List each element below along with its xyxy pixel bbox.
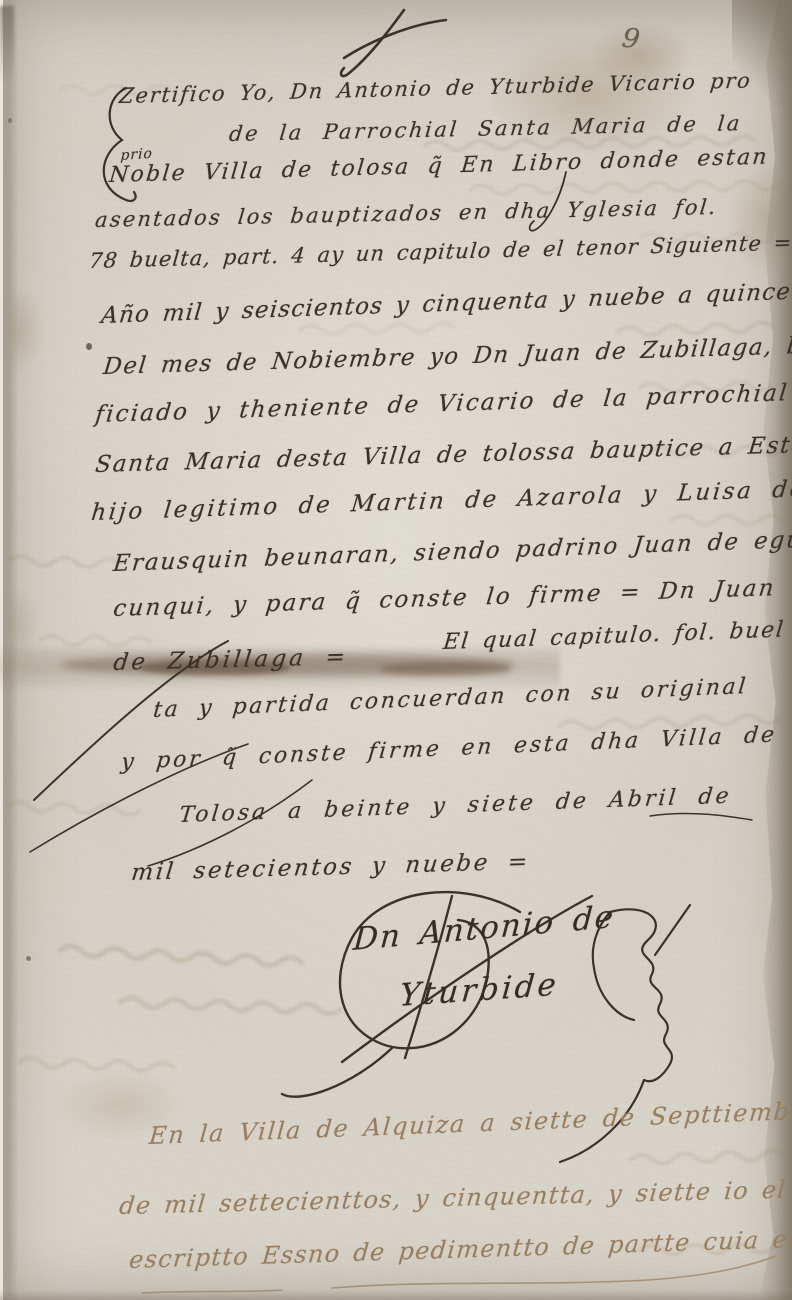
later-note-line: de mil settecienttos, y cinquentta, y si…	[118, 1174, 792, 1220]
later-note-line: escriptto Essno de pedimentto de partte …	[128, 1222, 792, 1274]
paper-top-left-nick	[0, 6, 14, 96]
ink-speck	[26, 956, 31, 961]
paper-top-right-corner	[732, 0, 792, 120]
baptism-entry-line: cunqui, y para q̃ conste lo firme = Dn J…	[112, 575, 777, 622]
baptism-entry-line: Año mil y seiscientos y cinquenta y nueb…	[100, 277, 792, 329]
paper-bottom-edge	[0, 1290, 792, 1300]
certification-line: Noble Villa de tolosa q̃ En Libro donde …	[108, 145, 770, 188]
closing-line: Tolosa a beinte y siete de Abril de	[178, 784, 733, 828]
ink-smear	[380, 662, 510, 676]
signature-name: Yturbide	[398, 967, 560, 1014]
later-note-line: En la Villa de Alquiza a siette de Septt…	[148, 1096, 792, 1150]
baptism-entry-line: Erausquin beunaran, siendo padrino Juan …	[112, 526, 792, 577]
cross-icon	[341, 10, 446, 76]
certification-line: 78 buelta, part. 4 ay un capitulo de el …	[88, 231, 792, 273]
baptism-entry-line: Santa Maria desta Villa de tolossa baupt…	[94, 431, 792, 478]
certification-line: Zertifico Yo, Dn Antonio de Yturbide Vic…	[118, 68, 753, 108]
trailing-dash	[650, 813, 752, 820]
baptism-entry-line: hijo legitimo de Martin de Azarola y Lui…	[90, 476, 792, 526]
baptism-entry-line: ficiado y theniente de Vicario de la par…	[94, 379, 792, 428]
ink-speck	[86, 343, 92, 350]
ink-speck	[8, 118, 12, 123]
certification-line: asentados los bauptizados en dha Yglesia…	[94, 195, 719, 232]
signature-name: Dn Antonio de	[352, 899, 616, 958]
closing-line: mil setecientos y nuebe =	[130, 849, 531, 886]
certification-line: de la Parrochial Santa Maria de la	[228, 111, 743, 146]
manuscript-scan: 9 Zertifico Yo, Dn Antonio de Yturbide V…	[0, 0, 792, 1300]
closing-line: El qual capitulo. fol. buel	[442, 617, 786, 655]
folio-number: 9	[620, 22, 642, 55]
closing-line: y por q̃ conste firme en esta dha Villa …	[120, 722, 778, 775]
baptism-entry-line: Del mes de Nobiembre yo Dn Juan de Zubil…	[102, 332, 792, 380]
